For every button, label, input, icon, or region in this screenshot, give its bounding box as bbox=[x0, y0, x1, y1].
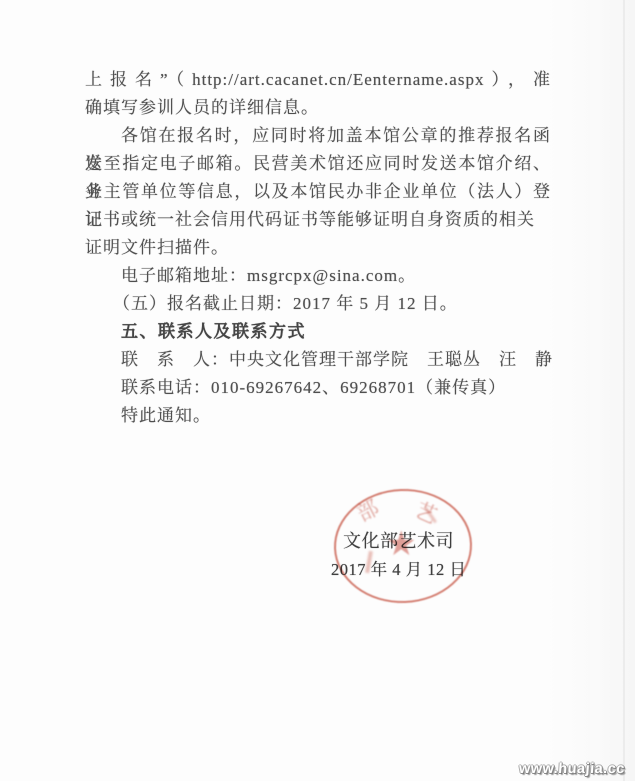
doc-line: 各馆在报名时，应同时将加盖本馆公章的推荐报名函发 bbox=[85, 122, 551, 150]
doc-line-deadline: （五）报名截止日期：2017 年 5 月 12 日。 bbox=[85, 290, 551, 318]
doc-line: 上报名”（http://art.cacanet.cn/Eentername.as… bbox=[85, 66, 551, 94]
doc-line: 送至指定电子邮箱。民营美术馆还应同时发送本馆介绍、业 bbox=[85, 150, 551, 178]
seal-ink-mark bbox=[424, 507, 437, 523]
seal-arc-character: 部 bbox=[351, 492, 383, 528]
scan-edge-line bbox=[623, 0, 625, 781]
doc-line-contact-person: 联 系 人：中央文化管理干部学院 王聪丛 汪 静 bbox=[85, 346, 551, 374]
doc-line-closing: 特此通知。 bbox=[85, 402, 551, 430]
document-body: 上报名”（http://art.cacanet.cn/Eentername.as… bbox=[85, 66, 551, 430]
doc-line: 务主管单位等信息，以及本馆民办非企业单位（法人）登记 bbox=[85, 178, 551, 206]
section-heading: 五、联系人及联系方式 bbox=[85, 318, 551, 346]
document-page: 上报名”（http://art.cacanet.cn/Eentername.as… bbox=[0, 0, 635, 781]
signature-org: 文化部艺术司 bbox=[343, 527, 454, 553]
doc-line-contact-phone: 联系电话：010-69267642、69268701（兼传真） bbox=[85, 374, 551, 402]
signature-date: 2017 年 4 月 12 日 bbox=[331, 556, 466, 580]
seal-arc-character: 艺 bbox=[411, 494, 442, 530]
doc-line: 确填写参训人员的详细信息。 bbox=[85, 94, 551, 122]
doc-line-email: 电子邮箱地址：msgrcpx@sina.com。 bbox=[85, 262, 551, 290]
doc-line: 证书或统一社会信用代码证书等能够证明自身资质的相关 bbox=[85, 206, 551, 234]
watermark: www.huajia.cc bbox=[519, 761, 626, 777]
doc-line: 证明文件扫描件。 bbox=[85, 234, 551, 262]
